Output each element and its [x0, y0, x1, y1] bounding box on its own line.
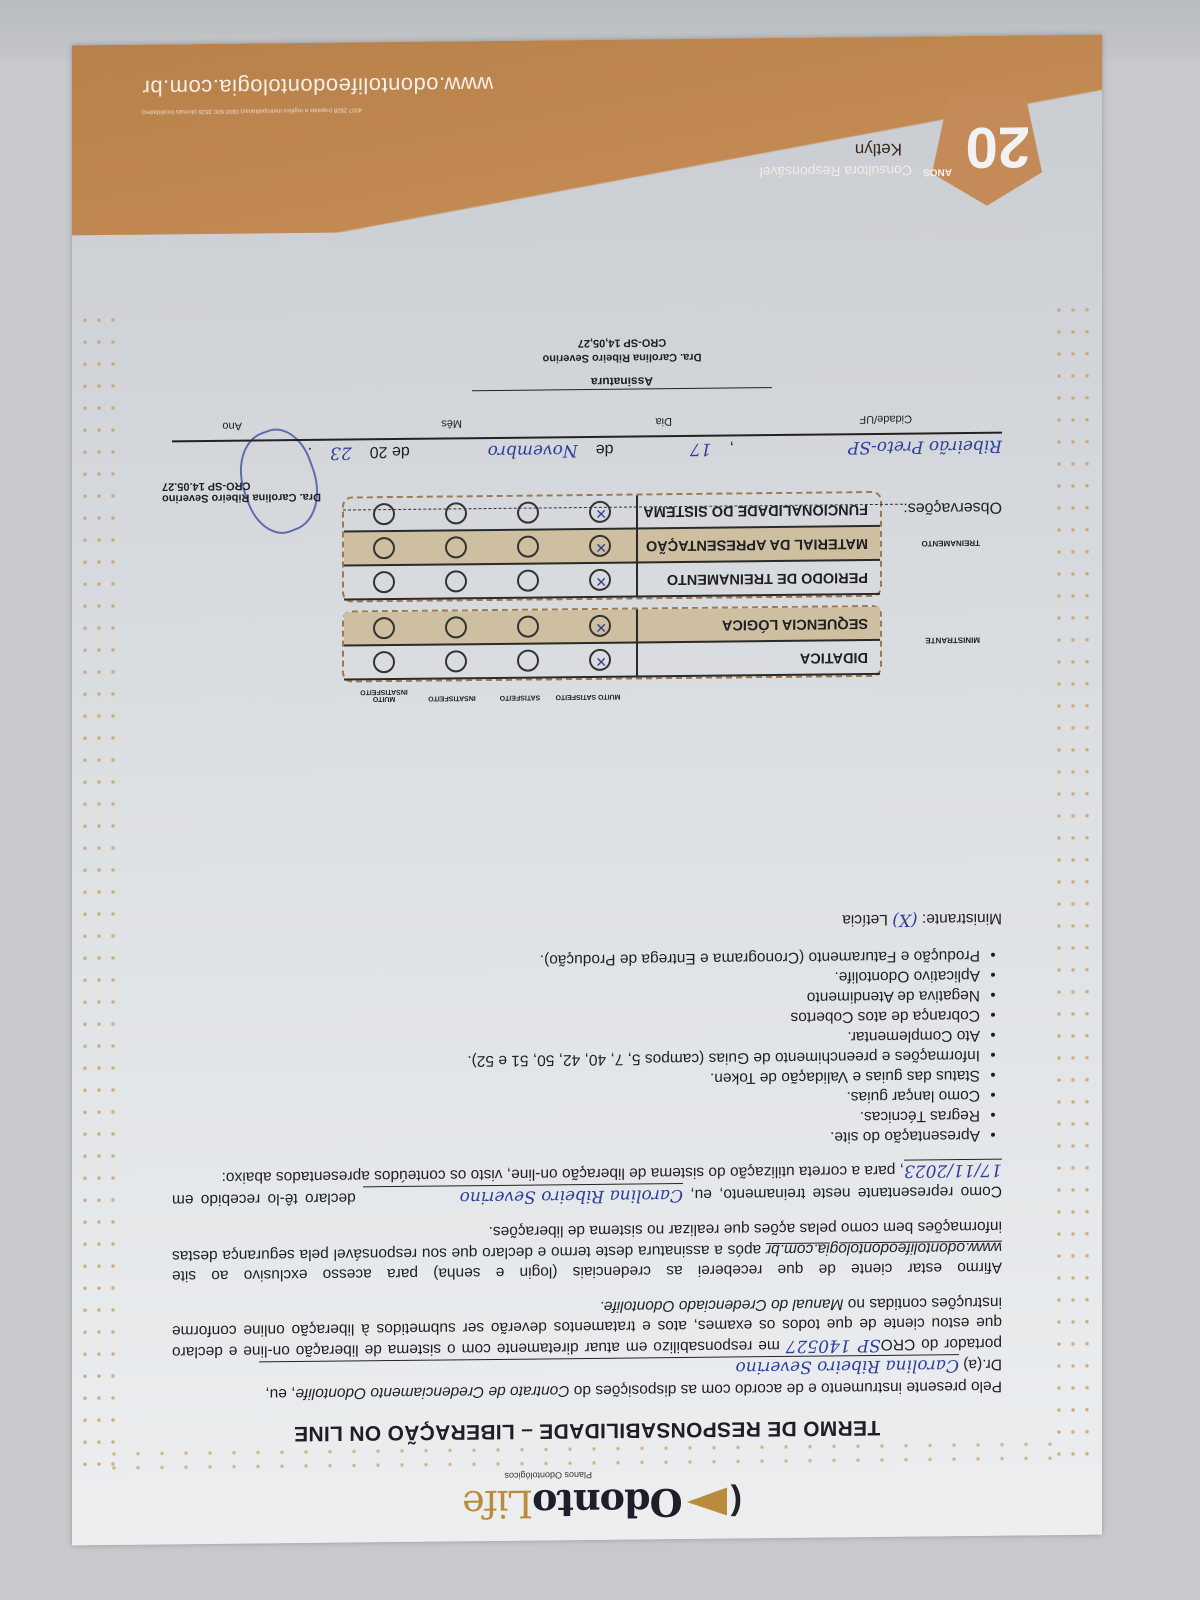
consultant-name: Ketlyn: [855, 139, 902, 159]
cro-field: SP 140527: [786, 1335, 881, 1356]
ministrante-line: Ministrante: (X) Letícia: [172, 907, 1002, 937]
radio-option[interactable]: [445, 616, 467, 638]
signature-name: Dra. Carolina Ribeiro SeverinoCRO-SP 14,…: [472, 333, 772, 366]
paragraph-training: Como representante neste treinamento, eu…: [172, 1159, 1002, 1211]
paper: ( OdontoLife Planos Odontológicos TERMO …: [72, 35, 1102, 1546]
city-field: Ribeirão Preto-SP: [752, 436, 1002, 459]
logo-wordmark: OdontoLife: [463, 1480, 683, 1527]
representative-name-field: Carolina Ribeiro Severino: [363, 1183, 683, 1208]
table-row: PERIODO DE TREINAMENTO: [344, 561, 880, 601]
table-row: DIDATICA: [344, 641, 880, 681]
radio-option[interactable]: [445, 650, 467, 672]
evaluation-header: MUITO SATISFEITO SATISFEITO INSATISFEITO…: [342, 686, 622, 703]
radio-option[interactable]: [589, 569, 611, 591]
dot-border-left: [1054, 295, 1094, 1465]
paragraph-agreement: Pelo presente instrumento e de acordo co…: [172, 1291, 1002, 1404]
radio-option[interactable]: [373, 537, 395, 559]
document-body: Pelo presente instrumento e de acordo co…: [172, 901, 1002, 1404]
radio-option[interactable]: [445, 570, 467, 592]
radio-option[interactable]: [589, 535, 611, 557]
training-date-field: 17/11/2023: [904, 1159, 1002, 1181]
year-field: 23: [330, 442, 352, 462]
consultant-role: Consultora Responsável: [759, 163, 912, 181]
document-sheet: ( OdontoLife Planos Odontológicos TERMO …: [72, 35, 1102, 1546]
topics-list: Apresentação do site. Regras Técnicas. C…: [172, 945, 1002, 1154]
radio-option[interactable]: [517, 536, 539, 558]
paragraph-credentials: Afirmo estar ciente de que receberei as …: [172, 1216, 1002, 1286]
table-row: MATERIAL DA APRESENTAÇÃO: [344, 527, 880, 567]
radio-option[interactable]: [589, 649, 611, 671]
site-link[interactable]: www.odontolifeodontologia.com.br: [766, 1239, 1002, 1258]
footer-site: www.odontolifeodontologia.com.br: [142, 71, 493, 101]
radio-option[interactable]: [517, 650, 539, 672]
footer-phones: 4007 2828 (capitais e regiões metropolit…: [142, 104, 362, 115]
logo-diamond-icon: [687, 1488, 727, 1516]
signature-line: Assinatura: [472, 373, 772, 391]
radio-option[interactable]: [589, 615, 611, 637]
day-field: 17: [632, 439, 712, 460]
radio-option[interactable]: [373, 571, 395, 593]
stamp-block: Dra. Carolina Ribeiro SeverinoCRO-SP 14.…: [162, 479, 321, 505]
radio-option[interactable]: [373, 651, 395, 673]
radio-option[interactable]: [517, 570, 539, 592]
observations-field[interactable]: [343, 504, 903, 511]
table-row: SEQUENCIA LÓGICA: [344, 607, 880, 647]
group-ministrante: MINISTRANTE DIDATICA SEQUENCIA LÓGICA: [342, 605, 882, 683]
radio-option[interactable]: [373, 617, 395, 639]
radio-option[interactable]: [517, 616, 539, 638]
month-field: Novembro: [428, 440, 578, 462]
ministrante-checkbox[interactable]: (X): [892, 910, 917, 930]
logo-arc-icon: (: [731, 1482, 742, 1521]
date-labels: Cidade/UF Dia Mês Ano: [172, 424, 1002, 433]
dot-border-right: [80, 305, 120, 1475]
radio-option[interactable]: [445, 536, 467, 558]
logo-tagline: Planos Odontológicos: [504, 1470, 592, 1481]
odontolife-logo: ( OdontoLife Planos Odontológicos: [463, 1479, 742, 1527]
footer-band: 20 ANOS Consultora Responsável Ketlyn 40…: [72, 35, 1102, 236]
